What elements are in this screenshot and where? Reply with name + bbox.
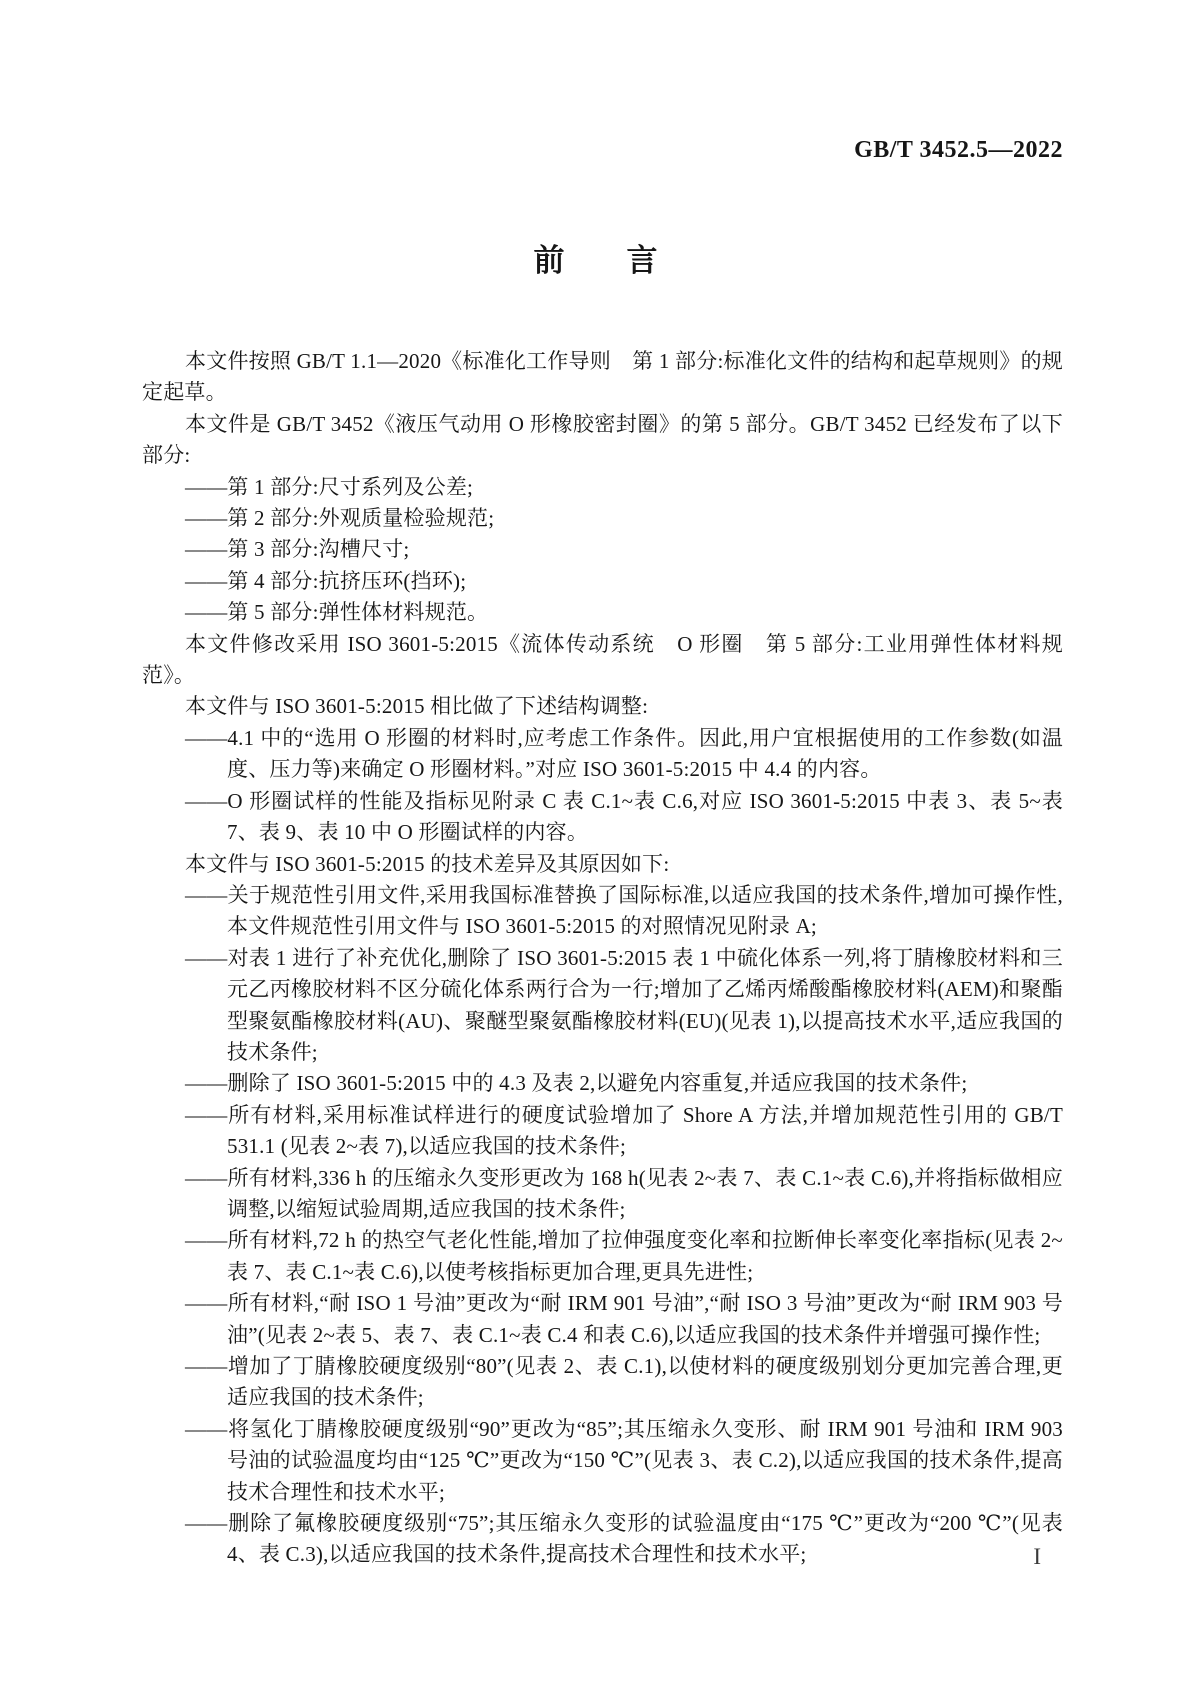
page-number: I (1033, 1544, 1041, 1570)
paragraph: 本文件修改采用 ISO 3601-5:2015《流体传动系统 O 形圈 第 5 … (142, 629, 1063, 692)
list-item: ——删除了 ISO 3601-5:2015 中的 4.3 及表 2,以避免内容重… (227, 1068, 1063, 1099)
list-item: ——所有材料,“耐 ISO 1 号油”更改为“耐 IRM 901 号油”,“耐 … (227, 1288, 1063, 1351)
list-item: ——所有材料,336 h 的压缩永久变形更改为 168 h(见表 2~表 7、表… (227, 1163, 1063, 1226)
list-item: ——4.1 中的“选用 O 形圈的材料时,应考虑工作条件。因此,用户宜根据使用的… (227, 723, 1063, 786)
list-item: ——所有材料,72 h 的热空气老化性能,增加了拉伸强度变化率和拉断伸长率变化率… (227, 1225, 1063, 1288)
paragraph: 本文件与 ISO 3601-5:2015 相比做了下述结构调整: (142, 691, 1063, 722)
document-page: GB/T 3452.5—2022 前 言 本文件按照 GB/T 1.1—2020… (0, 0, 1191, 1684)
paragraph: 本文件是 GB/T 3452《液压气动用 O 形橡胶密封圈》的第 5 部分。GB… (142, 409, 1063, 472)
list-item: ——关于规范性引用文件,采用我国标准替换了国际标准,以适应我国的技术条件,增加可… (227, 880, 1063, 943)
list-item: ——第 4 部分:抗挤压环(挡环); (227, 566, 1063, 597)
list-item: ——第 3 部分:沟槽尺寸; (227, 534, 1063, 565)
list-item: ——对表 1 进行了补充优化,删除了 ISO 3601-5:2015 表 1 中… (227, 943, 1063, 1069)
list-item: ——第 5 部分:弹性体材料规范。 (227, 597, 1063, 628)
foreword-body: 本文件按照 GB/T 1.1—2020《标准化工作导则 第 1 部分:标准化文件… (142, 346, 1063, 1571)
list-item: ——所有材料,采用标准试样进行的硬度试验增加了 Shore A 方法,并增加规范… (227, 1100, 1063, 1163)
list-item: ——第 1 部分:尺寸系列及公差; (227, 472, 1063, 503)
paragraph: 本文件与 ISO 3601-5:2015 的技术差异及其原因如下: (142, 849, 1063, 880)
list-item: ——删除了氟橡胶硬度级别“75”;其压缩永久变形的试验温度由“175 ℃”更改为… (227, 1508, 1063, 1571)
page-title: 前 言 (0, 243, 1191, 279)
paragraph: 本文件按照 GB/T 1.1—2020《标准化工作导则 第 1 部分:标准化文件… (142, 346, 1063, 409)
list-item: ——将氢化丁腈橡胶硬度级别“90”更改为“85”;其压缩永久变形、耐 IRM 9… (227, 1414, 1063, 1508)
list-item: ——O 形圈试样的性能及指标见附录 C 表 C.1~表 C.6,对应 ISO 3… (227, 786, 1063, 849)
list-item: ——增加了丁腈橡胶硬度级别“80”(见表 2、表 C.1),以使材料的硬度级别划… (227, 1351, 1063, 1414)
standard-number: GB/T 3452.5—2022 (854, 137, 1063, 164)
list-item: ——第 2 部分:外观质量检验规范; (227, 503, 1063, 534)
